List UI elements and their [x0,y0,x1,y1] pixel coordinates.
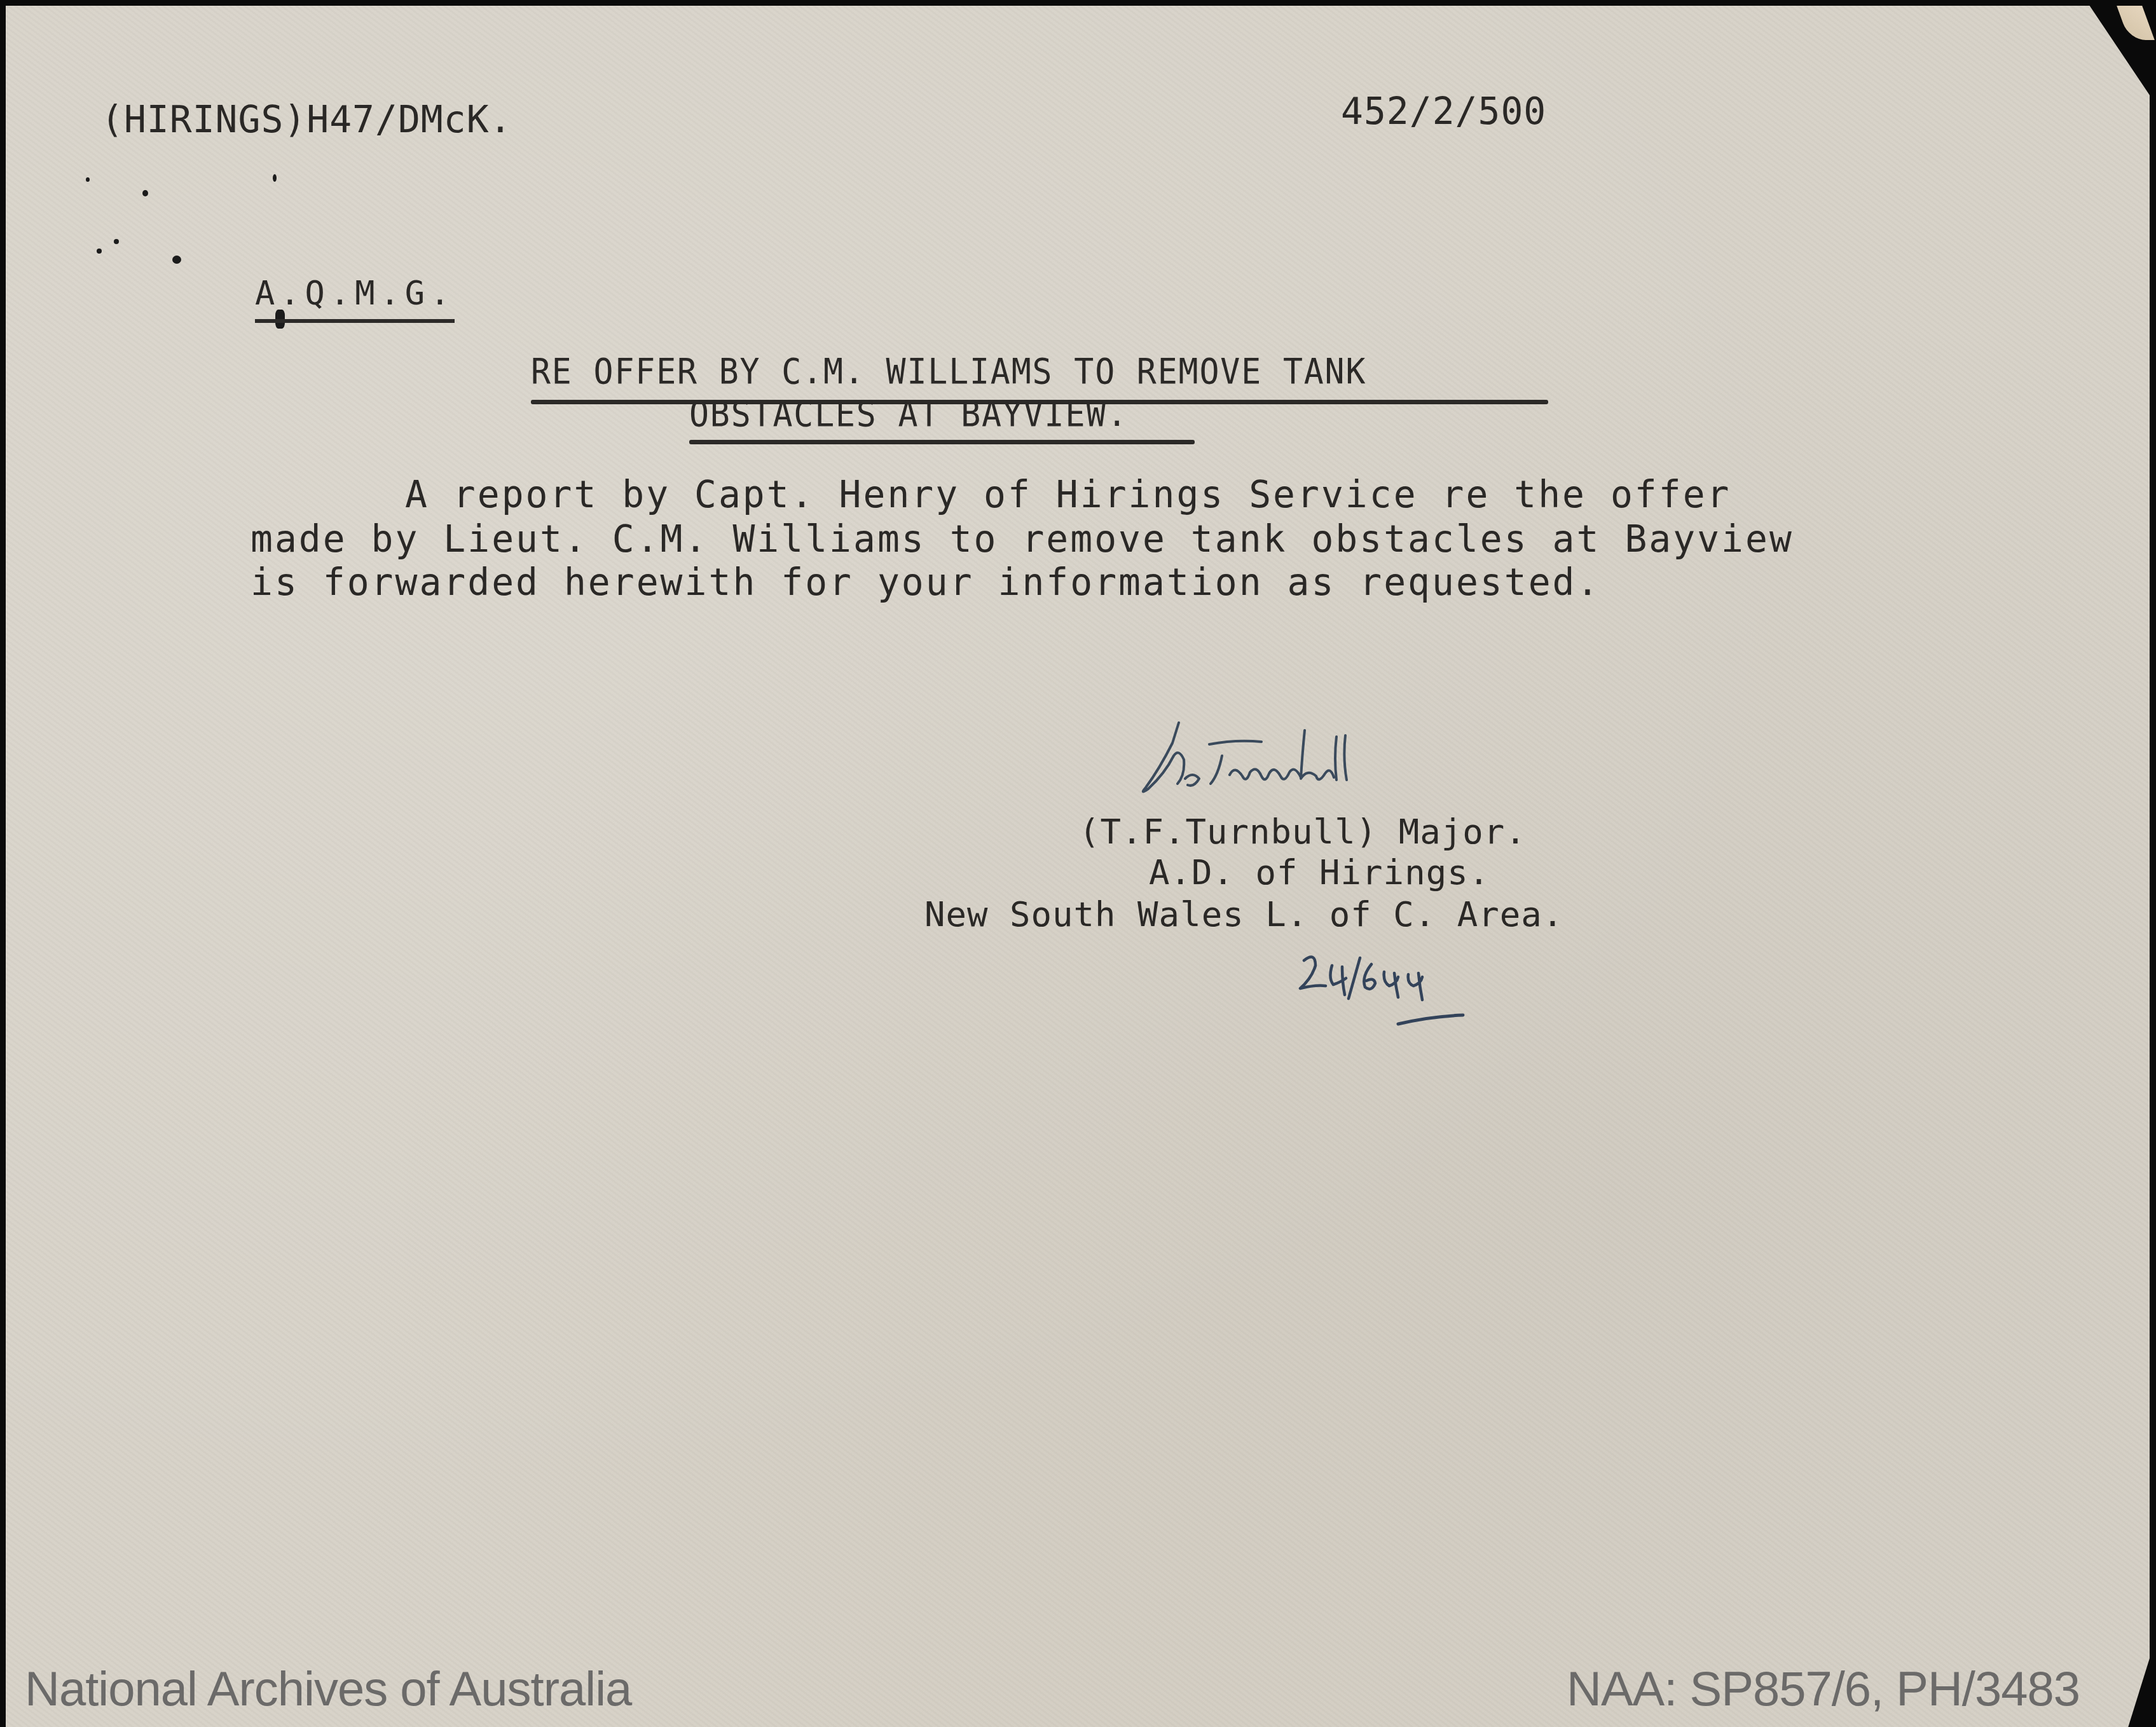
file-reference-right: 452/2/500 [1341,90,1546,133]
body-line-1: A report by Capt. Henry of Hirings Servi… [405,473,1731,516]
typed-signatory-name: (T.F.Turnbull) Major. [1079,812,1527,852]
addressee: A.Q.M.G. [255,275,455,323]
body-line-2: made by Lieut. C.M. Williams to remove t… [251,517,1794,561]
punch-mark [172,256,181,264]
punch-mark [273,174,277,182]
body-line-3: is forwarded herewith for your informati… [251,561,1600,604]
punch-mark [86,177,90,182]
signatory-area: New South Wales L. of C. Area. [924,894,1563,934]
document-page: (HIRINGS)H47/DMcK. 452/2/500 A.Q.M.G. RE… [6,6,2150,1727]
subject-line-2: OBSTACLES AT BAYVIEW. [689,393,1128,435]
handwritten-signature [1134,718,1433,800]
archive-name: National Archives of Australia [25,1662,631,1717]
folded-corner [2117,6,2155,40]
file-reference-left: (HIRINGS)H47/DMcK. [101,98,512,141]
handwritten-date [1296,946,1506,1035]
signatory-title: A.D. of Hirings. [1149,852,1490,892]
subject-line-1: RE OFFER BY C.M. WILLIAMS TO REMOVE TANK [531,351,1366,392]
archive-citation: NAA: SP857/6, PH/3483 [1567,1662,2080,1717]
punch-mark [97,249,102,254]
punch-mark [114,239,119,244]
punch-mark [142,190,148,196]
subject-underline-2 [689,440,1195,444]
